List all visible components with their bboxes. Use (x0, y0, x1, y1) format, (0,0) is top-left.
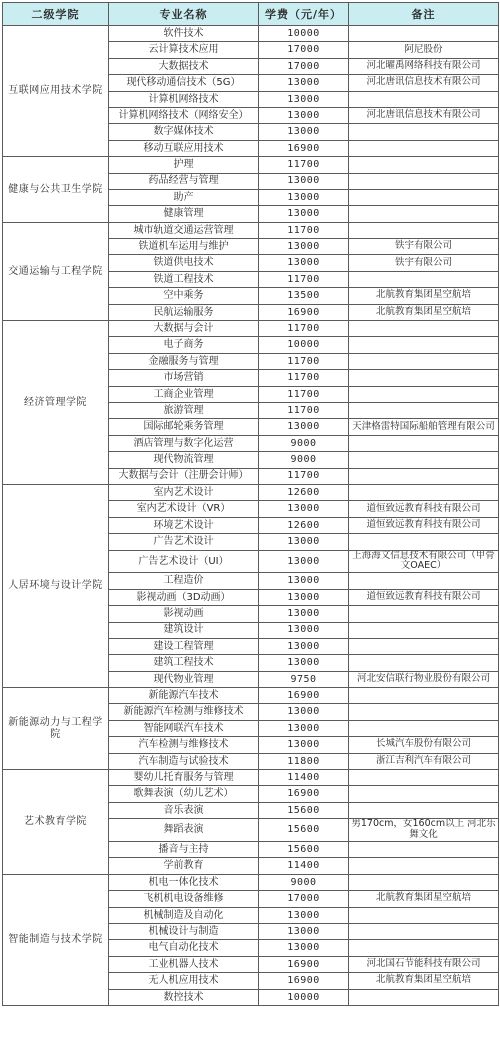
fee-cell: 16900 (259, 688, 349, 704)
fee-cell: 13000 (259, 189, 349, 205)
major-cell: 民航运输服务 (109, 304, 259, 320)
major-cell: 广告艺术设计（UI） (109, 550, 259, 573)
major-cell: 护理 (109, 157, 259, 173)
note-cell: 河北安信联行物业股份有限公司 (349, 671, 499, 687)
major-cell: 云计算技术应用 (109, 42, 259, 58)
major-cell: 飞机机电设备维修 (109, 891, 259, 907)
note-cell: 河北唐讯信息技术有限公司 (349, 107, 499, 123)
college-cell: 智能制造与技术学院 (3, 874, 109, 1005)
major-cell: 音乐表演 (109, 802, 259, 818)
major-cell: 药品经营与管理 (109, 173, 259, 189)
note-cell (349, 157, 499, 173)
major-cell: 现代移动通信技术（5G） (109, 75, 259, 91)
major-cell: 室内艺术设计（VR） (109, 501, 259, 517)
fee-cell: 13000 (259, 720, 349, 736)
note-cell (349, 435, 499, 451)
note-cell: 浙江吉利汽车有限公司 (349, 753, 499, 769)
fee-cell: 11800 (259, 753, 349, 769)
table-body: 互联网应用技术学院软件技术10000云计算技术应用17000阿尼股份大数据技术1… (3, 26, 499, 1006)
note-cell (349, 907, 499, 923)
note-cell (349, 402, 499, 418)
major-cell: 环境艺术设计 (109, 517, 259, 533)
major-cell: 电气自动化技术 (109, 940, 259, 956)
fee-cell: 11400 (259, 858, 349, 874)
note-cell: 北航教育集团星空航培 (349, 288, 499, 304)
note-cell (349, 720, 499, 736)
fee-cell: 13000 (259, 606, 349, 622)
note-cell: 北航教育集团星空航培 (349, 891, 499, 907)
table-row: 人居环境与设计学院室内艺术设计12600 (3, 484, 499, 500)
note-cell (349, 802, 499, 818)
college-cell: 交通运输与工程学院 (3, 222, 109, 320)
fee-cell: 13000 (259, 940, 349, 956)
major-cell: 移动互联应用技术 (109, 140, 259, 156)
major-cell: 工商企业管理 (109, 386, 259, 402)
note-cell (349, 271, 499, 287)
major-cell: 酒店管理与数字化运营 (109, 435, 259, 451)
note-cell (349, 655, 499, 671)
fee-cell: 11700 (259, 370, 349, 386)
fee-cell: 13000 (259, 75, 349, 91)
note-cell: 男170cm，女160cm以上 河北乐舞文化 (349, 819, 499, 842)
fee-cell: 11700 (259, 353, 349, 369)
fee-cell: 10000 (259, 989, 349, 1005)
major-cell: 数控技术 (109, 989, 259, 1005)
major-cell: 软件技术 (109, 26, 259, 42)
note-cell (349, 924, 499, 940)
fee-cell: 10000 (259, 337, 349, 353)
fee-cell: 13000 (259, 737, 349, 753)
note-cell: 长城汽车股份有限公司 (349, 737, 499, 753)
note-cell (349, 704, 499, 720)
note-cell (349, 452, 499, 468)
major-cell: 学前教育 (109, 858, 259, 874)
note-cell (349, 370, 499, 386)
major-cell: 铁道工程技术 (109, 271, 259, 287)
major-cell: 现代物业管理 (109, 671, 259, 687)
fee-cell: 12600 (259, 484, 349, 500)
fee-cell: 9000 (259, 435, 349, 451)
major-cell: 市场营销 (109, 370, 259, 386)
major-cell: 影视动画 (109, 606, 259, 622)
note-cell (349, 337, 499, 353)
fee-cell: 11700 (259, 386, 349, 402)
major-cell: 汽车检测与维修技术 (109, 737, 259, 753)
note-cell (349, 206, 499, 222)
note-cell (349, 534, 499, 550)
major-cell: 计算机网络技术 (109, 91, 259, 107)
note-cell: 河北唐讯信息技术有限公司 (349, 75, 499, 91)
major-cell: 播音与主持 (109, 842, 259, 858)
fee-cell: 13000 (259, 419, 349, 435)
fee-cell: 11700 (259, 222, 349, 238)
major-cell: 新能源汽车技术 (109, 688, 259, 704)
major-cell: 建筑工程技术 (109, 655, 259, 671)
table-row: 新能源动力与工程学院新能源汽车技术16900 (3, 688, 499, 704)
note-cell (349, 940, 499, 956)
major-cell: 大数据与会计 (109, 321, 259, 337)
major-cell: 影视动画（3D动画） (109, 589, 259, 605)
major-cell: 旅游管理 (109, 402, 259, 418)
major-cell: 现代物流管理 (109, 452, 259, 468)
note-cell (349, 770, 499, 786)
note-cell (349, 353, 499, 369)
header-fee: 学费（元/年） (259, 3, 349, 26)
fee-cell: 17000 (259, 891, 349, 907)
note-cell: 铁宇有限公司 (349, 255, 499, 271)
fee-cell: 13000 (259, 550, 349, 573)
note-cell: 北航教育集团星空航培 (349, 973, 499, 989)
major-cell: 计算机网络技术（网络安全） (109, 107, 259, 123)
note-cell (349, 622, 499, 638)
note-cell: 道恒致远教育科技有限公司 (349, 589, 499, 605)
fee-cell: 11700 (259, 468, 349, 484)
fee-cell: 13000 (259, 206, 349, 222)
fee-cell: 11700 (259, 157, 349, 173)
major-cell: 建筑设计 (109, 622, 259, 638)
note-cell (349, 222, 499, 238)
major-cell: 无人机应用技术 (109, 973, 259, 989)
fee-cell: 13000 (259, 907, 349, 923)
table-row: 经济管理学院大数据与会计11700 (3, 321, 499, 337)
major-cell: 国际邮轮乘务管理 (109, 419, 259, 435)
major-cell: 工业机器人技术 (109, 956, 259, 972)
fee-cell: 13000 (259, 534, 349, 550)
fee-cell: 13000 (259, 638, 349, 654)
fee-cell: 16900 (259, 140, 349, 156)
major-cell: 舞蹈表演 (109, 819, 259, 842)
fee-cell: 13000 (259, 501, 349, 517)
fee-cell: 9000 (259, 874, 349, 890)
fee-cell: 13000 (259, 173, 349, 189)
major-cell: 室内艺术设计 (109, 484, 259, 500)
major-cell: 大数据与会计（注册会计师） (109, 468, 259, 484)
major-cell: 工程造价 (109, 573, 259, 589)
college-cell: 新能源动力与工程学院 (3, 688, 109, 770)
major-cell: 金融服务与管理 (109, 353, 259, 369)
fee-cell: 13000 (259, 589, 349, 605)
fee-cell: 11400 (259, 770, 349, 786)
major-cell: 大数据技术 (109, 58, 259, 74)
note-cell: 道恒致远教育科技有限公司 (349, 517, 499, 533)
fee-cell: 10000 (259, 26, 349, 42)
major-cell: 智能网联汽车技术 (109, 720, 259, 736)
major-cell: 婴幼儿托育服务与管理 (109, 770, 259, 786)
table-row: 智能制造与技术学院机电一体化技术9000 (3, 874, 499, 890)
fee-cell: 15600 (259, 802, 349, 818)
fee-cell: 11700 (259, 321, 349, 337)
table-header: 二级学院 专业名称 学费（元/年） 备注 (3, 3, 499, 26)
note-cell: 北航教育集团星空航培 (349, 304, 499, 320)
header-note: 备注 (349, 3, 499, 26)
fee-cell: 13000 (259, 255, 349, 271)
major-cell: 城市轨道交通运营管理 (109, 222, 259, 238)
fee-cell: 13000 (259, 704, 349, 720)
fee-cell: 13000 (259, 622, 349, 638)
table-row: 艺术教育学院婴幼儿托育服务与管理11400 (3, 770, 499, 786)
major-cell: 铁道机车运用与维护 (109, 239, 259, 255)
note-cell (349, 786, 499, 802)
header-college: 二级学院 (3, 3, 109, 26)
header-row: 二级学院 专业名称 学费（元/年） 备注 (3, 3, 499, 26)
fee-cell: 13000 (259, 655, 349, 671)
major-cell: 机械制造及自动化 (109, 907, 259, 923)
major-cell: 空中乘务 (109, 288, 259, 304)
fee-cell: 9000 (259, 452, 349, 468)
note-cell (349, 484, 499, 500)
college-cell: 健康与公共卫生学院 (3, 157, 109, 223)
note-cell: 河北国石节能科技有限公司 (349, 956, 499, 972)
note-cell: 阿尼股份 (349, 42, 499, 58)
fee-cell: 13000 (259, 124, 349, 140)
major-cell: 新能源汽车检测与维修技术 (109, 704, 259, 720)
note-cell (349, 638, 499, 654)
note-cell (349, 91, 499, 107)
college-cell: 艺术教育学院 (3, 770, 109, 875)
note-cell: 上海海文信息技术有限公司（甲骨文OAEC） (349, 550, 499, 573)
note-cell (349, 468, 499, 484)
major-cell: 数字媒体技术 (109, 124, 259, 140)
major-cell: 铁道供电技术 (109, 255, 259, 271)
fee-cell: 13000 (259, 924, 349, 940)
major-cell: 机电一体化技术 (109, 874, 259, 890)
fee-cell: 15600 (259, 842, 349, 858)
major-cell: 汽车制造与试验技术 (109, 753, 259, 769)
note-cell (349, 842, 499, 858)
table-row: 互联网应用技术学院软件技术10000 (3, 26, 499, 42)
major-cell: 助产 (109, 189, 259, 205)
fee-cell: 16900 (259, 973, 349, 989)
major-cell: 歌舞表演（幼儿艺术） (109, 786, 259, 802)
fee-cell: 11700 (259, 402, 349, 418)
college-cell: 人居环境与设计学院 (3, 484, 109, 687)
fee-cell: 16900 (259, 304, 349, 320)
note-cell (349, 26, 499, 42)
note-cell (349, 573, 499, 589)
tuition-table: 二级学院 专业名称 学费（元/年） 备注 互联网应用技术学院软件技术10000云… (2, 2, 499, 1006)
fee-cell: 13000 (259, 91, 349, 107)
major-cell: 广告艺术设计 (109, 534, 259, 550)
note-cell (349, 386, 499, 402)
fee-cell: 13000 (259, 107, 349, 123)
note-cell: 道恒致远教育科技有限公司 (349, 501, 499, 517)
note-cell (349, 124, 499, 140)
fee-cell: 11700 (259, 271, 349, 287)
note-cell: 铁宇有限公司 (349, 239, 499, 255)
fee-cell: 13000 (259, 239, 349, 255)
table-row: 交通运输与工程学院城市轨道交通运营管理11700 (3, 222, 499, 238)
note-cell: 天津格雷特国际船舶管理有限公司 (349, 419, 499, 435)
note-cell (349, 874, 499, 890)
college-cell: 互联网应用技术学院 (3, 26, 109, 157)
tuition-table-wrapper: 二级学院 专业名称 学费（元/年） 备注 互联网应用技术学院软件技术10000云… (0, 0, 500, 1006)
fee-cell: 9750 (259, 671, 349, 687)
fee-cell: 15600 (259, 819, 349, 842)
major-cell: 健康管理 (109, 206, 259, 222)
note-cell (349, 140, 499, 156)
major-cell: 电子商务 (109, 337, 259, 353)
fee-cell: 16900 (259, 956, 349, 972)
note-cell (349, 189, 499, 205)
table-row: 健康与公共卫生学院护理11700 (3, 157, 499, 173)
note-cell: 河北曜禹网络科技有限公司 (349, 58, 499, 74)
note-cell (349, 321, 499, 337)
college-cell: 经济管理学院 (3, 321, 109, 485)
fee-cell: 12600 (259, 517, 349, 533)
note-cell (349, 606, 499, 622)
fee-cell: 17000 (259, 42, 349, 58)
fee-cell: 17000 (259, 58, 349, 74)
major-cell: 机械设计与制造 (109, 924, 259, 940)
note-cell (349, 173, 499, 189)
note-cell (349, 989, 499, 1005)
note-cell (349, 688, 499, 704)
fee-cell: 13500 (259, 288, 349, 304)
note-cell (349, 858, 499, 874)
fee-cell: 16900 (259, 786, 349, 802)
header-major: 专业名称 (109, 3, 259, 26)
major-cell: 建设工程管理 (109, 638, 259, 654)
fee-cell: 13000 (259, 573, 349, 589)
